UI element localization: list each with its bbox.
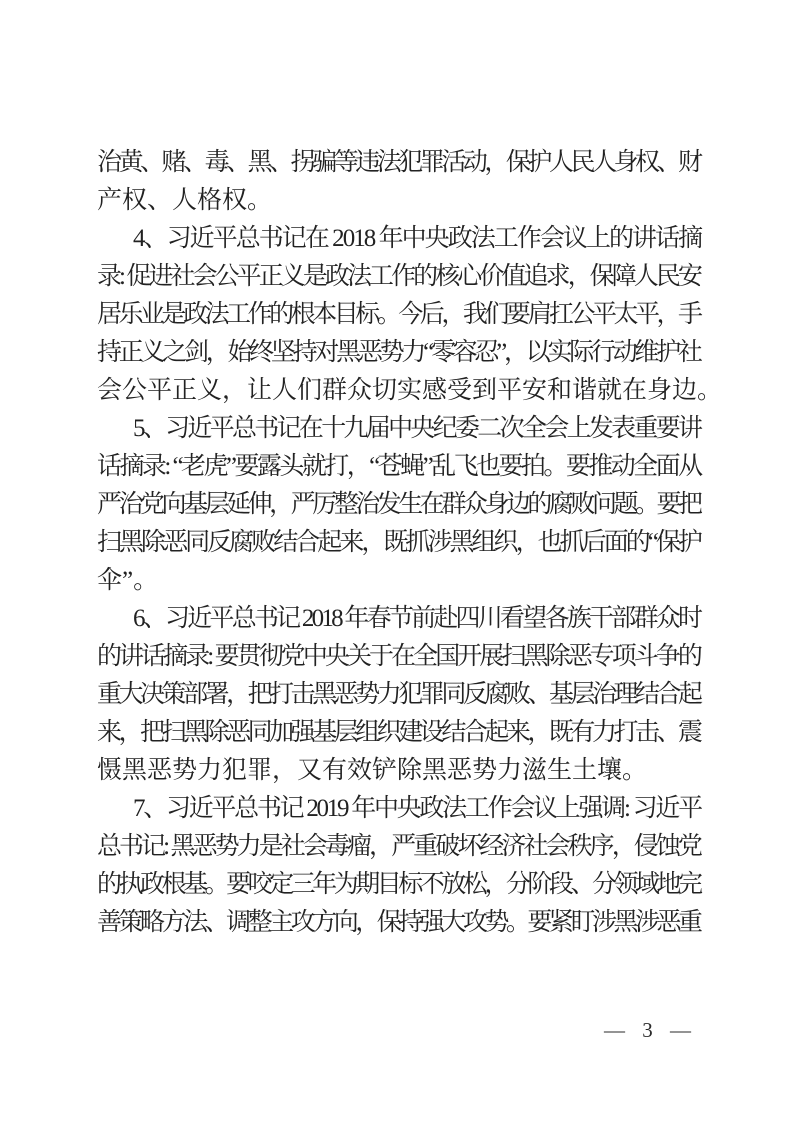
text-line-content: 持正义之剑，始终坚持对黑恶势力“零容忍”，以实际行动维护社 [97, 334, 700, 372]
text-line-content: 产权、人格权。 [97, 182, 272, 220]
text-line: 产权、人格权。 [97, 182, 703, 220]
text-line: 持正义之剑，始终坚持对黑恶势力“零容忍”，以实际行动维护社 [97, 334, 703, 372]
text-line-content: 居乐业是政法工作的根本目标。今后，我们要肩扛公平太平，手 [97, 296, 700, 334]
text-line-content: 话摘录: “老虎”要露头就打，“苍蝇”乱飞也要拍。要推动全面从 [97, 448, 701, 486]
text-line-content: 7、习近平总书记 2019 年中央政法工作会议上强调: 习近平 [133, 790, 701, 828]
text-line: 扫黑除恶同反腐败结合起来，既抓涉黑组织，也抓后面的“保护 [97, 524, 703, 562]
text-line: 来，把扫黑除恶同加强基层组织建设结合起来，既有力打击、震 [97, 714, 703, 752]
text-line: 的讲话摘录: 要贯彻党中央关于在全国开展扫黑除恶专项斗争的 [97, 638, 703, 676]
text-line-content: 来，把扫黑除恶同加强基层组织建设结合起来，既有力打击、震 [97, 714, 700, 752]
text-line: 会公平正义，让人们群众切实感受到平安和谐就在身边。 [97, 372, 703, 410]
text-line: 严治党向基层延伸，严厉整治发生在群众身边的腐败问题。要把 [97, 486, 703, 524]
text-line-content: 6、习近平总书记 2018 年春节前赴四川看望各族干部群众时 [133, 600, 700, 638]
text-line: 5、习近平总书记在十九届中央纪委二次全会上发表重要讲 [97, 410, 703, 448]
text-line: 4、习近平总书记在 2018 年中央政法工作会议上的讲话摘 [97, 220, 703, 258]
text-line: 善策略方法、调整主攻方向，保持强大攻势。要紧盯涉黑涉恶重 [97, 904, 703, 942]
text-line: 录: 促进社会公平正义是政法工作的核心价值追求，保障人民安 [97, 258, 703, 296]
text-line: 7、习近平总书记 2019 年中央政法工作会议上强调: 习近平 [97, 790, 703, 828]
text-line-content: 治黄、赌、毒、黑、拐骗等违法犯罪活动，保护人民人身权、财 [97, 144, 700, 182]
text-line-content: 录: 促进社会公平正义是政法工作的核心价值追求，保障人民安 [97, 258, 700, 296]
text-line-content: 严治党向基层延伸，严厉整治发生在群众身边的腐败问题。要把 [97, 486, 700, 524]
document-body: 治黄、赌、毒、黑、拐骗等违法犯罪活动，保护人民人身权、财 产权、人格权。 4、习… [97, 144, 703, 942]
text-line-content: 总书记: 黑恶势力是社会毒瘤，严重破坏经济社会秩序，侵蚀党 [97, 828, 700, 866]
text-line: 居乐业是政法工作的根本目标。今后，我们要肩扛公平太平，手 [97, 296, 703, 334]
text-line-content: 重大决策部署，把打击黑恶势力犯罪同反腐败、基层治理结合起 [97, 676, 700, 714]
text-line-content: 的讲话摘录: 要贯彻党中央关于在全国开展扫黑除恶专项斗争的 [97, 638, 700, 676]
text-line-content: 慑黑恶势力犯罪，又有效铲除黑恶势力滋生土壤。 [97, 752, 647, 790]
text-line: 6、习近平总书记 2018 年春节前赴四川看望各族干部群众时 [97, 600, 703, 638]
text-line-content: 善策略方法、调整主攻方向，保持强大攻势。要紧盯涉黑涉恶重 [97, 904, 700, 942]
text-line: 慑黑恶势力犯罪，又有效铲除黑恶势力滋生土壤。 [97, 752, 703, 790]
text-line-content: 4、习近平总书记在 2018 年中央政法工作会议上的讲话摘 [133, 220, 701, 258]
text-line-content: 5、习近平总书记在十九届中央纪委二次全会上发表重要讲 [133, 410, 700, 448]
page-number: — 3 — [604, 1018, 693, 1042]
text-line: 的执政根基。要咬定三年为期目标不放松，分阶段、分领域地完 [97, 866, 703, 904]
text-line: 治黄、赌、毒、黑、拐骗等违法犯罪活动，保护人民人身权、财 [97, 144, 703, 182]
text-line: 伞”。 [97, 562, 703, 600]
text-line-content: 伞”。 [97, 562, 158, 600]
text-line: 总书记: 黑恶势力是社会毒瘤，严重破坏经济社会秩序，侵蚀党 [97, 828, 703, 866]
text-line: 话摘录: “老虎”要露头就打，“苍蝇”乱飞也要拍。要推动全面从 [97, 448, 703, 486]
document-page: 治黄、赌、毒、黑、拐骗等违法犯罪活动，保护人民人身权、财 产权、人格权。 4、习… [0, 0, 793, 1122]
text-line-content: 的执政根基。要咬定三年为期目标不放松，分阶段、分领域地完 [97, 866, 700, 904]
text-line: 重大决策部署，把打击黑恶势力犯罪同反腐败、基层治理结合起 [97, 676, 703, 714]
text-line-content: 会公平正义，让人们群众切实感受到平安和谐就在身边。 [97, 372, 722, 410]
text-line-content: 扫黑除恶同反腐败结合起来，既抓涉黑组织，也抓后面的“保护 [97, 524, 700, 562]
